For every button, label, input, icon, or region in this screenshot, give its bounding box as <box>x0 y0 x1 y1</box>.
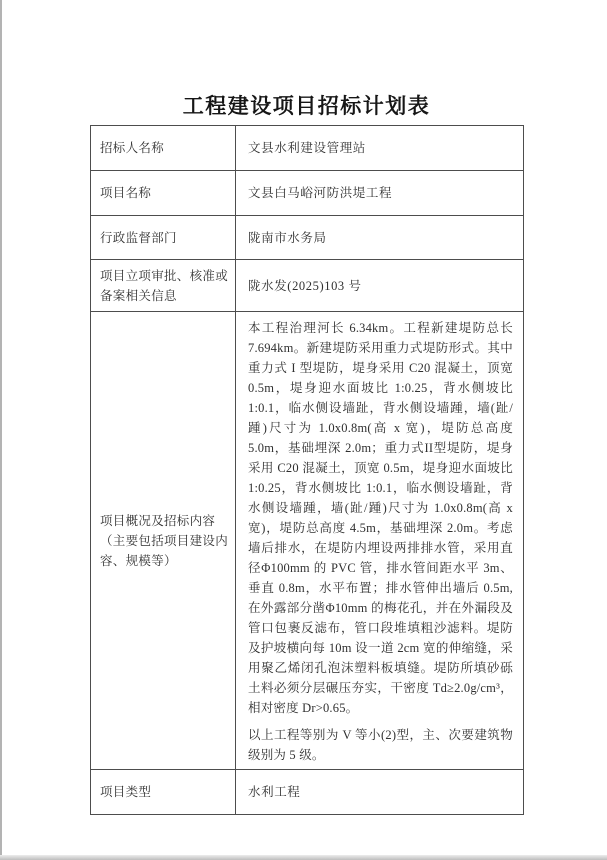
row-value-project-name: 文县白马峪河防洪堤工程 <box>236 171 524 216</box>
document-title: 工程建设项目招标计划表 <box>90 90 523 120</box>
scan-bottom-edge <box>0 855 607 860</box>
row-label-bidder-name: 招标人名称 <box>91 126 236 171</box>
row-value-project-type: 水利工程 <box>236 770 524 815</box>
row-label-supervision-department: 行政监督部门 <box>91 216 236 260</box>
row-label-project-name: 项目名称 <box>91 171 236 216</box>
row-value-supervision-department: 陇南市水务局 <box>236 216 524 260</box>
table-row: 项目名称 文县白马峪河防洪堤工程 <box>91 171 524 216</box>
overview-paragraph-2: 以上工程等别为 V 等小(2)型，主、次要建筑物级别为 5 级。 <box>248 725 513 765</box>
bidding-plan-table: 招标人名称 文县水利建设管理站 项目名称 文县白马峪河防洪堤工程 行政监督部门 … <box>90 125 524 815</box>
row-label-project-type: 项目类型 <box>91 770 236 815</box>
row-label-project-overview: 项目概况及招标内容（主要包括项目建设内容、规模等） <box>91 312 236 770</box>
table-row: 项目类型 水利工程 <box>91 770 524 815</box>
scan-left-edge <box>0 0 2 860</box>
table-row: 项目概况及招标内容（主要包括项目建设内容、规模等） 本工程治理河长 6.34km… <box>91 312 524 770</box>
scanned-document-page: 工程建设项目招标计划表 招标人名称 文县水利建设管理站 项目名称 文县白马峪河防… <box>0 0 607 860</box>
table-row: 项目立项审批、核准或备案相关信息 陇水发(2025)103 号 <box>91 260 524 312</box>
overview-paragraph-1: 本工程治理河长 6.34km。工程新建堤防总长 7.694km。新建堤防采用重力… <box>248 318 513 718</box>
table-row: 行政监督部门 陇南市水务局 <box>91 216 524 260</box>
row-value-approval-info: 陇水发(2025)103 号 <box>236 260 524 312</box>
row-label-approval-info: 项目立项审批、核准或备案相关信息 <box>91 260 236 312</box>
row-value-project-overview: 本工程治理河长 6.34km。工程新建堤防总长 7.694km。新建堤防采用重力… <box>236 312 524 770</box>
row-value-bidder-name: 文县水利建设管理站 <box>236 126 524 171</box>
table-row: 招标人名称 文县水利建设管理站 <box>91 126 524 171</box>
